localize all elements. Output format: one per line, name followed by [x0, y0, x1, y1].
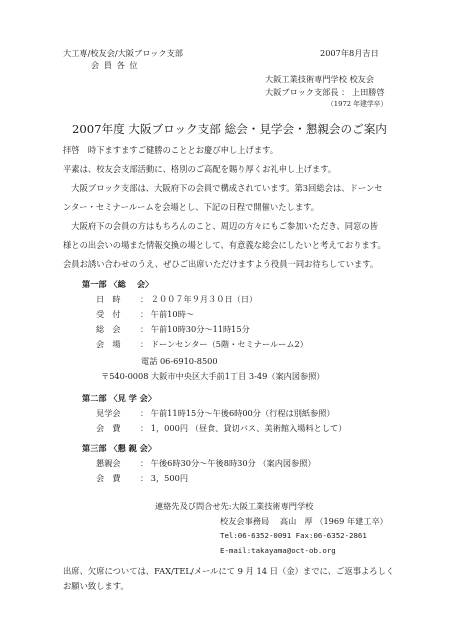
venue-phone: 電話 06-6910-8500 [141, 356, 218, 366]
schedule-row: 会 場： ドーンセンター（5階・セミナールーム2） [96, 339, 308, 349]
row-value: ： 午後6時30分～午後8時30分 （案内図参照） [140, 458, 316, 468]
schedule-row: 会 費： 1，000円 （昼食、貸切バス、美術館入場料として） [96, 423, 346, 433]
row-value: ： 3，500円 [140, 473, 188, 483]
row-label: 会 場 [96, 339, 140, 349]
contact-email[interactable]: E-mail:takayama@oct-ob.org [220, 546, 336, 556]
schedule-row: 受 付： 午前10時～ [96, 309, 194, 319]
intro-line: ンター・セミナールームを会場とし、下記の日程で開催いたします。 [63, 202, 319, 212]
contact-label: 連絡先及び問合せ先:大阪工業技術専門学校 [155, 501, 313, 511]
row-value: ： 午前10時30分～11時15分 [140, 324, 250, 334]
issuer-note: （1972 年建学卒） [327, 100, 387, 109]
schedule-row: 懇親会： 午後6時30分～午後8時30分 （案内図参照） [96, 458, 316, 468]
intro-line: 様との出会いの場また情報交換の場として、有意義な総会にしたいと考えております。 [63, 240, 386, 250]
section-heading: 第三部 〈懇 親 会〉 [82, 443, 156, 453]
page-title: 2007年度 大阪ブロック支部 総会・見学会・懇親会のご案内 [72, 122, 387, 136]
issuer-org: 大阪工業技術専門学校 校友会 [265, 74, 374, 84]
intro-line: 拝啓 時下ますますご健勝のこととお慶び申し上げます。 [63, 145, 278, 155]
contact-office: 校友会事務局 高山 厚 （1969 年建工卒） [220, 516, 388, 526]
row-label: 会 費 [96, 423, 140, 433]
schedule-row: 見学会： 午前11時15分～午後6時00分（行程は別紙参照） [96, 408, 335, 418]
closing-line: 出席、欠席については、FAX/TEL/メールにて 9 月 14 日（金）までに、… [63, 566, 394, 576]
section-heading: 第一部 〈総 会〉 [82, 279, 153, 289]
intro-line: 平素は、校友会支部活動に、格別のご高配を賜り厚くお礼申し上げます。 [63, 164, 336, 174]
issuer-name: 大阪ブロック支部長 ： 上田勝啓 [265, 87, 385, 97]
row-label: 懇親会 [96, 458, 140, 468]
closing-line: お願い致します。 [63, 581, 129, 591]
row-value: ： 午前11時15分～午後6時00分（行程は別紙参照） [140, 408, 335, 418]
date: 2007年8月吉日 [320, 48, 379, 58]
row-value: ： 1，000円 （昼食、貸切バス、美術館入場料として） [140, 423, 346, 433]
contact-phone: Tel:06-6352-0091 Fax:06-6352-2861 [220, 531, 367, 541]
row-label: 見学会 [96, 408, 140, 418]
sender-org: 大工専/校友会/大阪ブロック支部 [63, 48, 183, 58]
schedule-row: 会 費： 3，500円 [96, 473, 188, 483]
row-label: 会 費 [96, 473, 140, 483]
recipient: 会 員 各 位 [91, 60, 139, 70]
row-value: ： 午前10時～ [140, 309, 194, 319]
row-label: 総 会 [96, 324, 140, 334]
intro-line: 会員お誘い合わせのうえ、ぜひご出席いただけますよう役員一同お待ちしています。 [63, 259, 378, 269]
venue-address: 〒540-0008 大阪市中央区大手前1丁目 3-49（案内図参照） [101, 371, 325, 381]
row-label: 受 付 [96, 309, 140, 319]
row-value: ： ２００７年９月３０日（日） [140, 294, 257, 304]
row-label: 日 時 [96, 294, 140, 304]
row-value: ： ドーンセンター（5階・セミナールーム2） [140, 339, 308, 349]
section-heading: 第二部 〈見 学 会〉 [82, 393, 156, 403]
schedule-row: 総 会： 午前10時30分～11時15分 [96, 324, 250, 334]
intro-line: 大阪ブロック支部は、大阪府下の会員で構成されています。第3回総会は、ドーンセ [63, 183, 383, 193]
intro-line: 大阪府下の会員の方はもちろんのこと、周辺の方々にもご参加いただき、同窓の皆 [63, 221, 378, 231]
schedule-row: 日 時： ２００７年９月３０日（日） [96, 294, 257, 304]
